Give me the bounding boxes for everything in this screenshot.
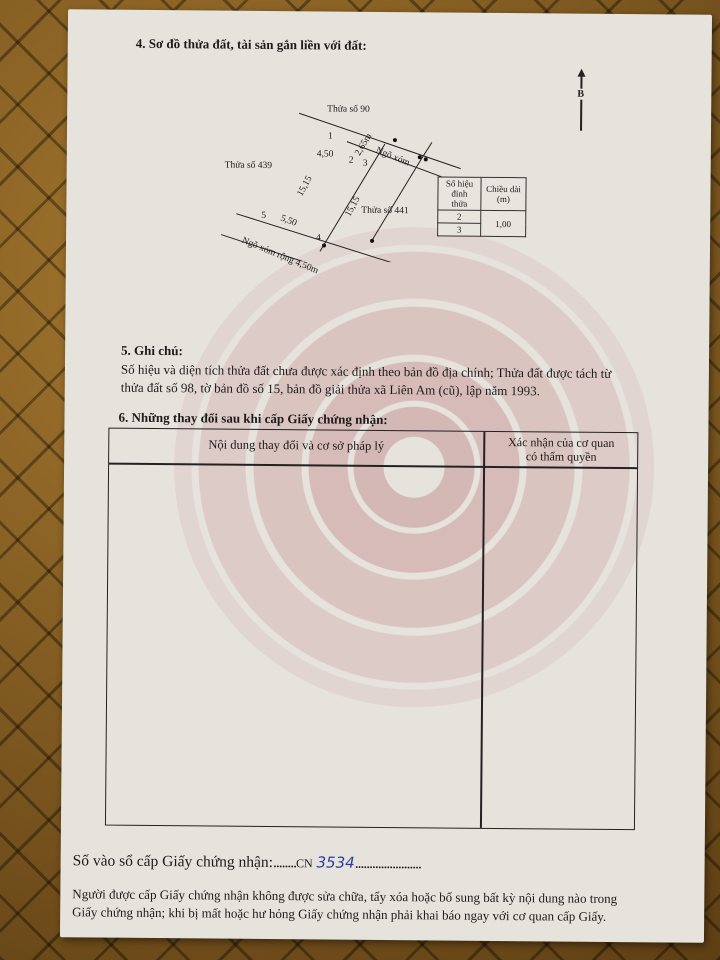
registration-label: Số vào sổ cấp Giấy chứng nhận:	[73, 852, 274, 871]
point-4: 4	[316, 233, 321, 243]
bottom-road-line-upper	[236, 214, 416, 264]
top-road-line-upper	[299, 113, 461, 168]
label-parcel-441: Thửa số 441	[361, 206, 408, 216]
dim-1-2: 4,50	[317, 149, 334, 159]
north-arrow: B	[576, 69, 587, 131]
certificate-page: 4. Sơ đồ thửa đất, tài sản gắn liền với …	[60, 9, 712, 943]
vertex-length-header-length: Chiều dài (m)	[481, 177, 526, 210]
changes-table-header-confirmation: Xác nhận của cơ quan có thẩm quyền	[485, 435, 637, 464]
point-2: 2	[349, 156, 354, 166]
north-arrow-shaft	[580, 73, 582, 131]
leader-dots: .......................	[355, 855, 421, 873]
section-5-title: 5. Ghi chú:	[121, 343, 183, 360]
changes-table-column-divider	[480, 432, 485, 828]
point-3: 3	[363, 159, 368, 169]
warning-notice: Người được cấp Giấy chứng nhận không đượ…	[72, 885, 617, 926]
note-line-2: thửa đất số 98, tờ bản đồ số 15, bản đồ …	[121, 379, 540, 401]
registration-prefix: CN	[296, 856, 313, 870]
section-4-title: 4. Sơ đồ thửa đất, tài sản gắn liền với …	[136, 36, 367, 54]
leader-dots: ........	[273, 854, 296, 871]
vertex-length-header-point: Số hiệu đỉnh thửa	[438, 177, 481, 210]
north-label: B	[577, 89, 584, 100]
vertex-row-point: 2	[438, 210, 481, 223]
registration-number: 3534	[316, 853, 354, 871]
changes-table-header-content: Nội dung thay đổi và cơ sở pháp lý	[109, 437, 483, 455]
changes-table: Nội dung thay đổi và cơ sở pháp lý Xác n…	[105, 428, 638, 831]
vertex-row-length: 1,00	[481, 210, 526, 236]
north-arrow-head-icon	[577, 69, 585, 77]
point-1: 1	[328, 131, 333, 141]
section-6-title: 6. Những thay đổi sau khi cấp Giấy chứng…	[118, 410, 387, 428]
registration-line: Số vào sổ cấp Giấy chứng nhận:........CN…	[73, 851, 421, 873]
parcel-edge-3-4	[371, 158, 422, 242]
warning-line-2: Giấy chứng nhận; khi bị mất hoặc hư hỏng…	[72, 903, 617, 926]
label-parcel-439: Thửa số 439	[225, 161, 272, 171]
vertex-row-point: 3	[438, 223, 481, 236]
point-5: 5	[261, 211, 266, 221]
label-parcel-90: Thửa số 90	[327, 104, 370, 114]
vertex-length-table: Số hiệu đỉnh thửa Chiều dài (m) 2 1,00 3	[437, 176, 527, 237]
